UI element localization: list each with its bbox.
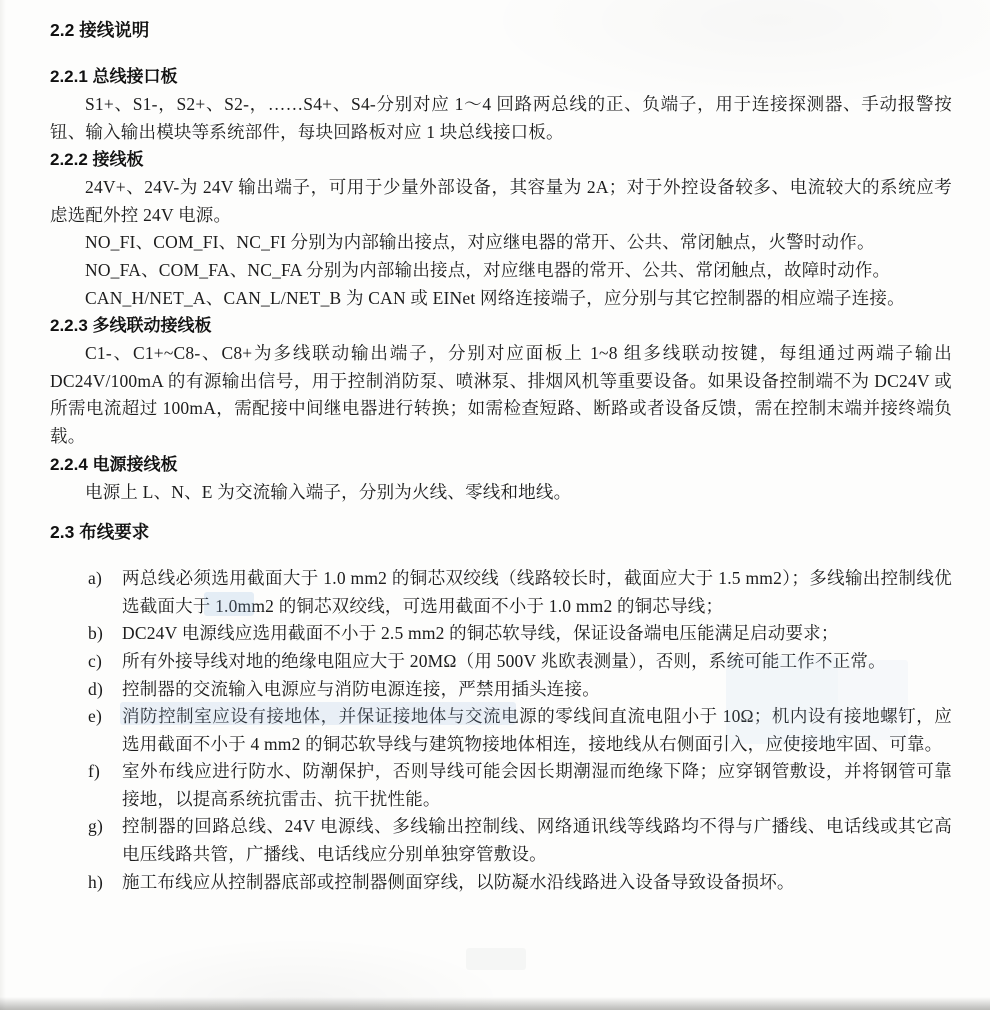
list-text: 施工布线应从控制器底部或控制器侧面穿线，以防凝水沿线路进入设备导致设备损坏。	[122, 869, 952, 897]
section-2-3-heading: 2.3 布线要求	[50, 518, 952, 546]
list-item-f: f) 室外布线应进行防水、防潮保护，否则导线可能会因长期潮湿而绝缘下降；应穿钢管…	[88, 758, 952, 813]
list-text: DC24V 电源线应选用截面不小于 2.5 mm2 的铜芯软导线，保证设备端电压…	[122, 620, 952, 648]
list-marker: h)	[88, 869, 122, 897]
list-item-h: h) 施工布线应从控制器底部或控制器侧面穿线，以防凝水沿线路进入设备导致设备损坏…	[88, 869, 952, 897]
scan-bottom-shadow	[0, 997, 990, 1010]
list-text: 两总线必须选用截面大于 1.0 mm2 的铜芯双绞线（线路较长时，截面应大于 1…	[122, 565, 952, 620]
list-item-b: b) DC24V 电源线应选用截面不小于 2.5 mm2 的铜芯软导线，保证设备…	[88, 620, 952, 648]
scan-edge-shadow	[0, 0, 6, 1010]
list-marker: d)	[88, 676, 122, 704]
section-2-2-heading: 2.2 接线说明	[50, 16, 952, 44]
list-text: 室外布线应进行防水、防潮保护，否则导线可能会因长期潮湿而绝缘下降；应穿钢管敷设，…	[122, 758, 952, 813]
list-marker: b)	[88, 620, 122, 648]
list-item-d: d) 控制器的交流输入电源应与消防电源连接，严禁用插头连接。	[88, 676, 952, 704]
section-2-2-2-paragraph-3: NO_FA、COM_FA、NC_FA 分别为内部输出接点，对应继电器的常开、公共…	[50, 257, 952, 285]
section-2-2-2-paragraph-4: CAN_H/NET_A、CAN_L/NET_B 为 CAN 或 EINet 网络…	[50, 285, 952, 313]
list-item-c: c) 所有外接导线对地的绝缘电阻应大于 20MΩ（用 500V 兆欧表测量），否…	[88, 648, 952, 676]
list-marker: f)	[88, 758, 122, 813]
list-item-a: a) 两总线必须选用截面大于 1.0 mm2 的铜芯双绞线（线路较长时，截面应大…	[88, 565, 952, 620]
list-marker: c)	[88, 648, 122, 676]
watermark-smudge	[466, 948, 526, 970]
scanned-document-page: 2.2 接线说明 2.2.1 总线接口板 S1+、S1-，S2+、S2-，……S…	[0, 0, 990, 1010]
list-marker: a)	[88, 565, 122, 620]
spacer	[50, 506, 952, 518]
list-item-e: e) 消防控制室应设有接地体，并保证接地体与交流电源的零线间直流电阻小于 10Ω…	[88, 703, 952, 758]
spacer	[50, 44, 952, 63]
list-text: 所有外接导线对地的绝缘电阻应大于 20MΩ（用 500V 兆欧表测量），否则，系…	[122, 648, 952, 676]
section-2-2-3-heading: 2.2.3 多线联动接线板	[50, 312, 952, 340]
section-2-2-2-paragraph-2: NO_FI、COM_FI、NC_FI 分别为内部输出接点，对应继电器的常开、公共…	[50, 229, 952, 257]
list-text: 控制器的交流输入电源应与消防电源连接，严禁用插头连接。	[122, 676, 952, 704]
wiring-requirements-list: a) 两总线必须选用截面大于 1.0 mm2 的铜芯双绞线（线路较长时，截面应大…	[50, 565, 952, 896]
list-text: 消防控制室应设有接地体，并保证接地体与交流电源的零线间直流电阻小于 10Ω；机内…	[122, 703, 952, 758]
list-marker: g)	[88, 813, 122, 868]
list-marker: e)	[88, 703, 122, 758]
section-2-2-1-paragraph: S1+、S1-，S2+、S2-，……S4+、S4-分别对应 1～4 回路两总线的…	[50, 91, 952, 146]
section-2-2-4-heading: 2.2.4 电源接线板	[50, 451, 952, 479]
section-2-2-2-heading: 2.2.2 接线板	[50, 146, 952, 174]
section-2-2-1-heading: 2.2.1 总线接口板	[50, 63, 952, 91]
list-text: 控制器的回路总线、24V 电源线、多线输出控制线、网络通讯线等线路均不得与广播线…	[122, 813, 952, 868]
section-2-2-2-paragraph-1: 24V+、24V-为 24V 输出端子，可用于少量外部设备，其容量为 2A；对于…	[50, 174, 952, 229]
section-2-2-4-paragraph: 电源上 L、N、E 为交流输入端子，分别为火线、零线和地线。	[50, 479, 952, 507]
list-item-g: g) 控制器的回路总线、24V 电源线、多线输出控制线、网络通讯线等线路均不得与…	[88, 813, 952, 868]
section-2-2-3-paragraph: C1-、C1+~C8-、C8+为多线联动输出端子，分别对应面板上 1~8 组多线…	[50, 340, 952, 450]
spacer	[50, 546, 952, 565]
